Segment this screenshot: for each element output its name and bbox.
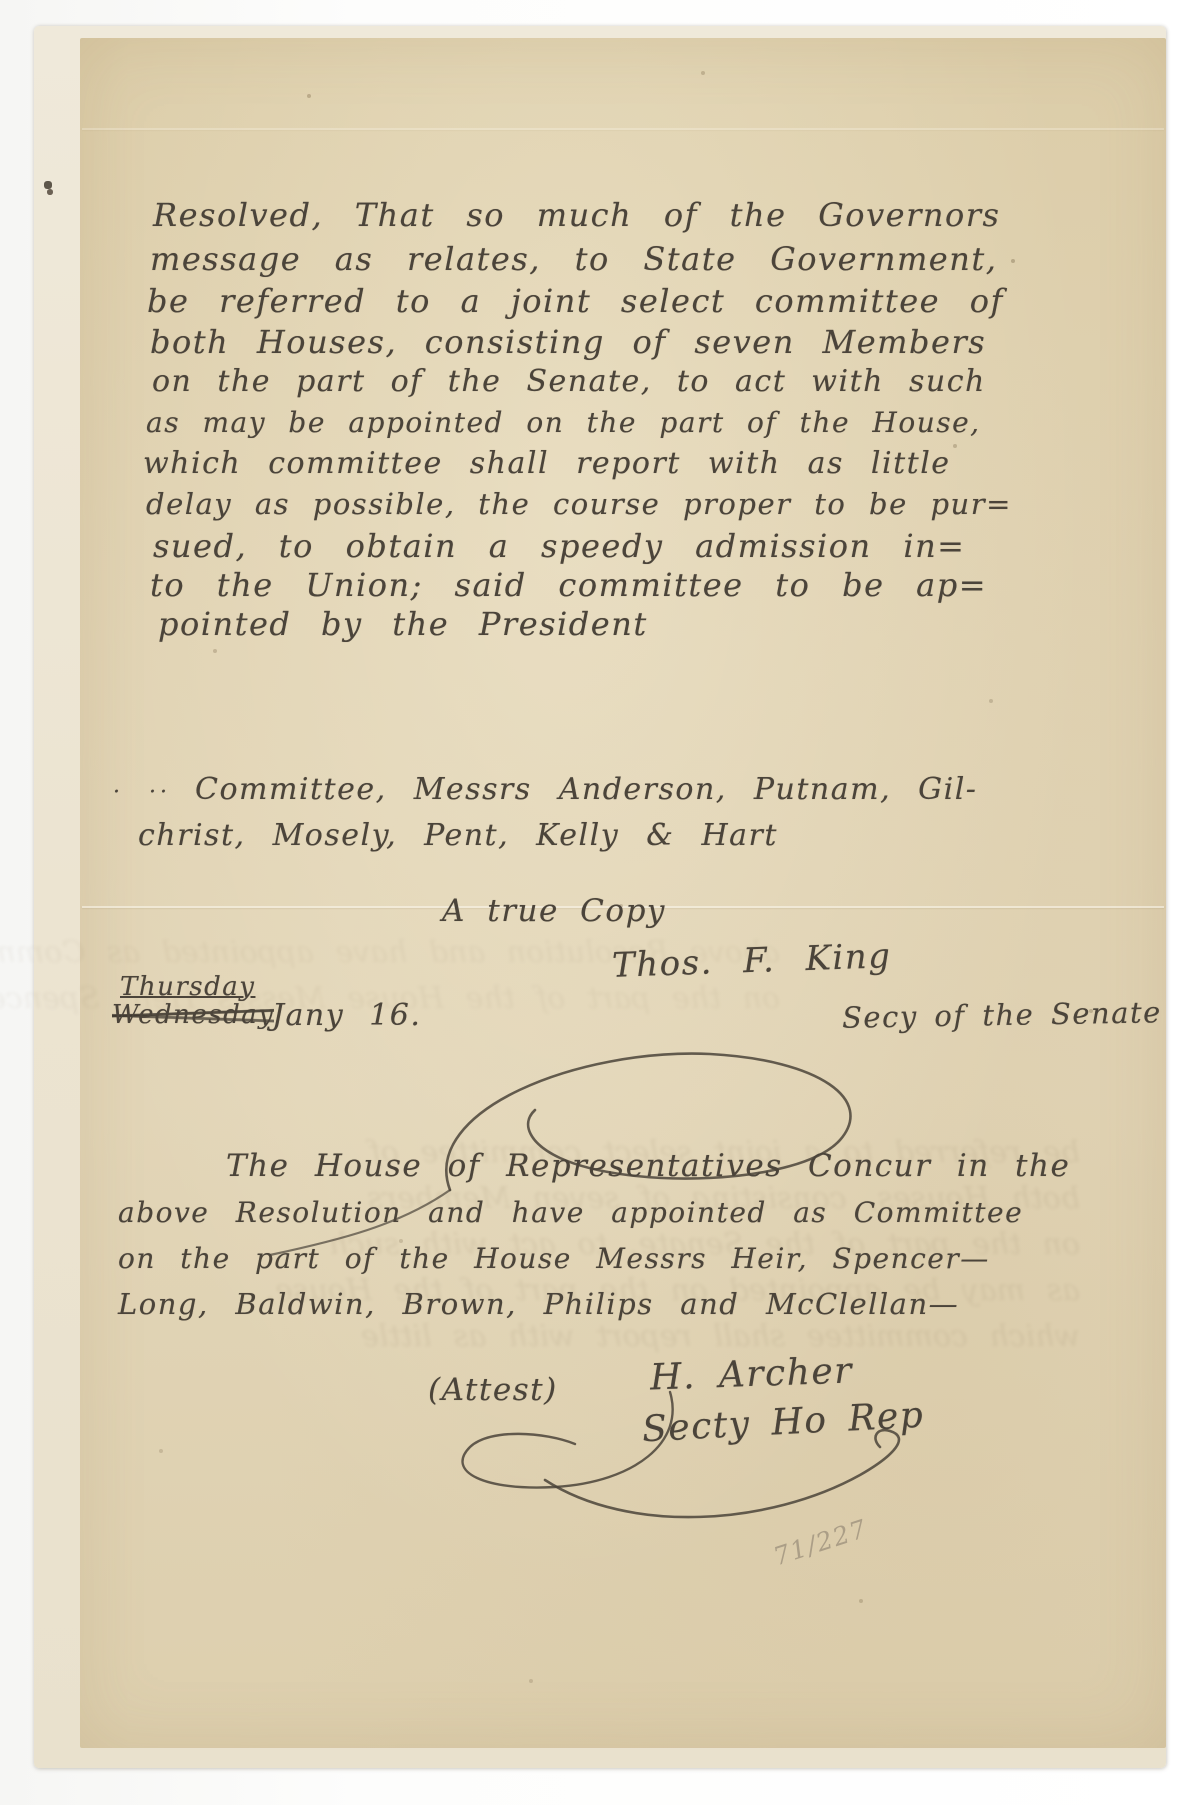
committee-line: christ, Mosely, Pent, Kelly & Hart (138, 818, 778, 853)
concurrence-line: Long, Baldwin, Brown, Philips and McClel… (118, 1287, 959, 1321)
ink-marks: · ·· (113, 780, 171, 805)
manuscript-line: as may be appointed on the part of the H… (146, 406, 981, 439)
signature-underline-flourish (540, 1425, 940, 1545)
concurrence-line: above Resolution and have appointed as C… (118, 1196, 1023, 1229)
concurrence-line: on the part of the House Messrs Heir, Sp… (118, 1242, 990, 1275)
manuscript-line: pointed by the President (158, 605, 648, 643)
manuscript-line: sued, to obtain a speedy admission in= (153, 527, 965, 565)
manuscript-line: message as relates, to State Government, (150, 240, 997, 278)
date-day-revised: Thursday (120, 972, 255, 1002)
paper-crease (82, 128, 1164, 130)
date: Jany 16. (272, 998, 421, 1033)
manuscript-line: Resolved, That so much of the Governors (153, 196, 1000, 234)
manuscript-line: delay as possible, the course proper to … (146, 487, 1012, 521)
manuscript-line: both Houses, consisting of seven Members (150, 323, 986, 361)
manuscript-line: on the part of the Senate, to act with s… (152, 364, 986, 399)
concurrence-line: The House of Representatives Concur in t… (226, 1148, 1070, 1184)
true-copy-label: A true Copy (442, 893, 666, 929)
clerk-signature: H. Archer (649, 1350, 853, 1398)
manuscript-line: be referred to a joint select committee … (147, 282, 1004, 320)
manuscript-line: which committee shall report with as lit… (143, 446, 951, 481)
date-day-struck-out: Wednesday (112, 1000, 274, 1030)
committee-line: Committee, Messrs Anderson, Putnam, Gil- (195, 772, 977, 807)
paper-specks (0, 0, 2, 2)
secretary-title: Secy of the Senate (842, 995, 1162, 1035)
scanned-manuscript-page: above Resolution and have appointed as C… (0, 0, 1200, 1805)
manuscript-line: to the Union; said committee to be ap= (150, 566, 987, 604)
